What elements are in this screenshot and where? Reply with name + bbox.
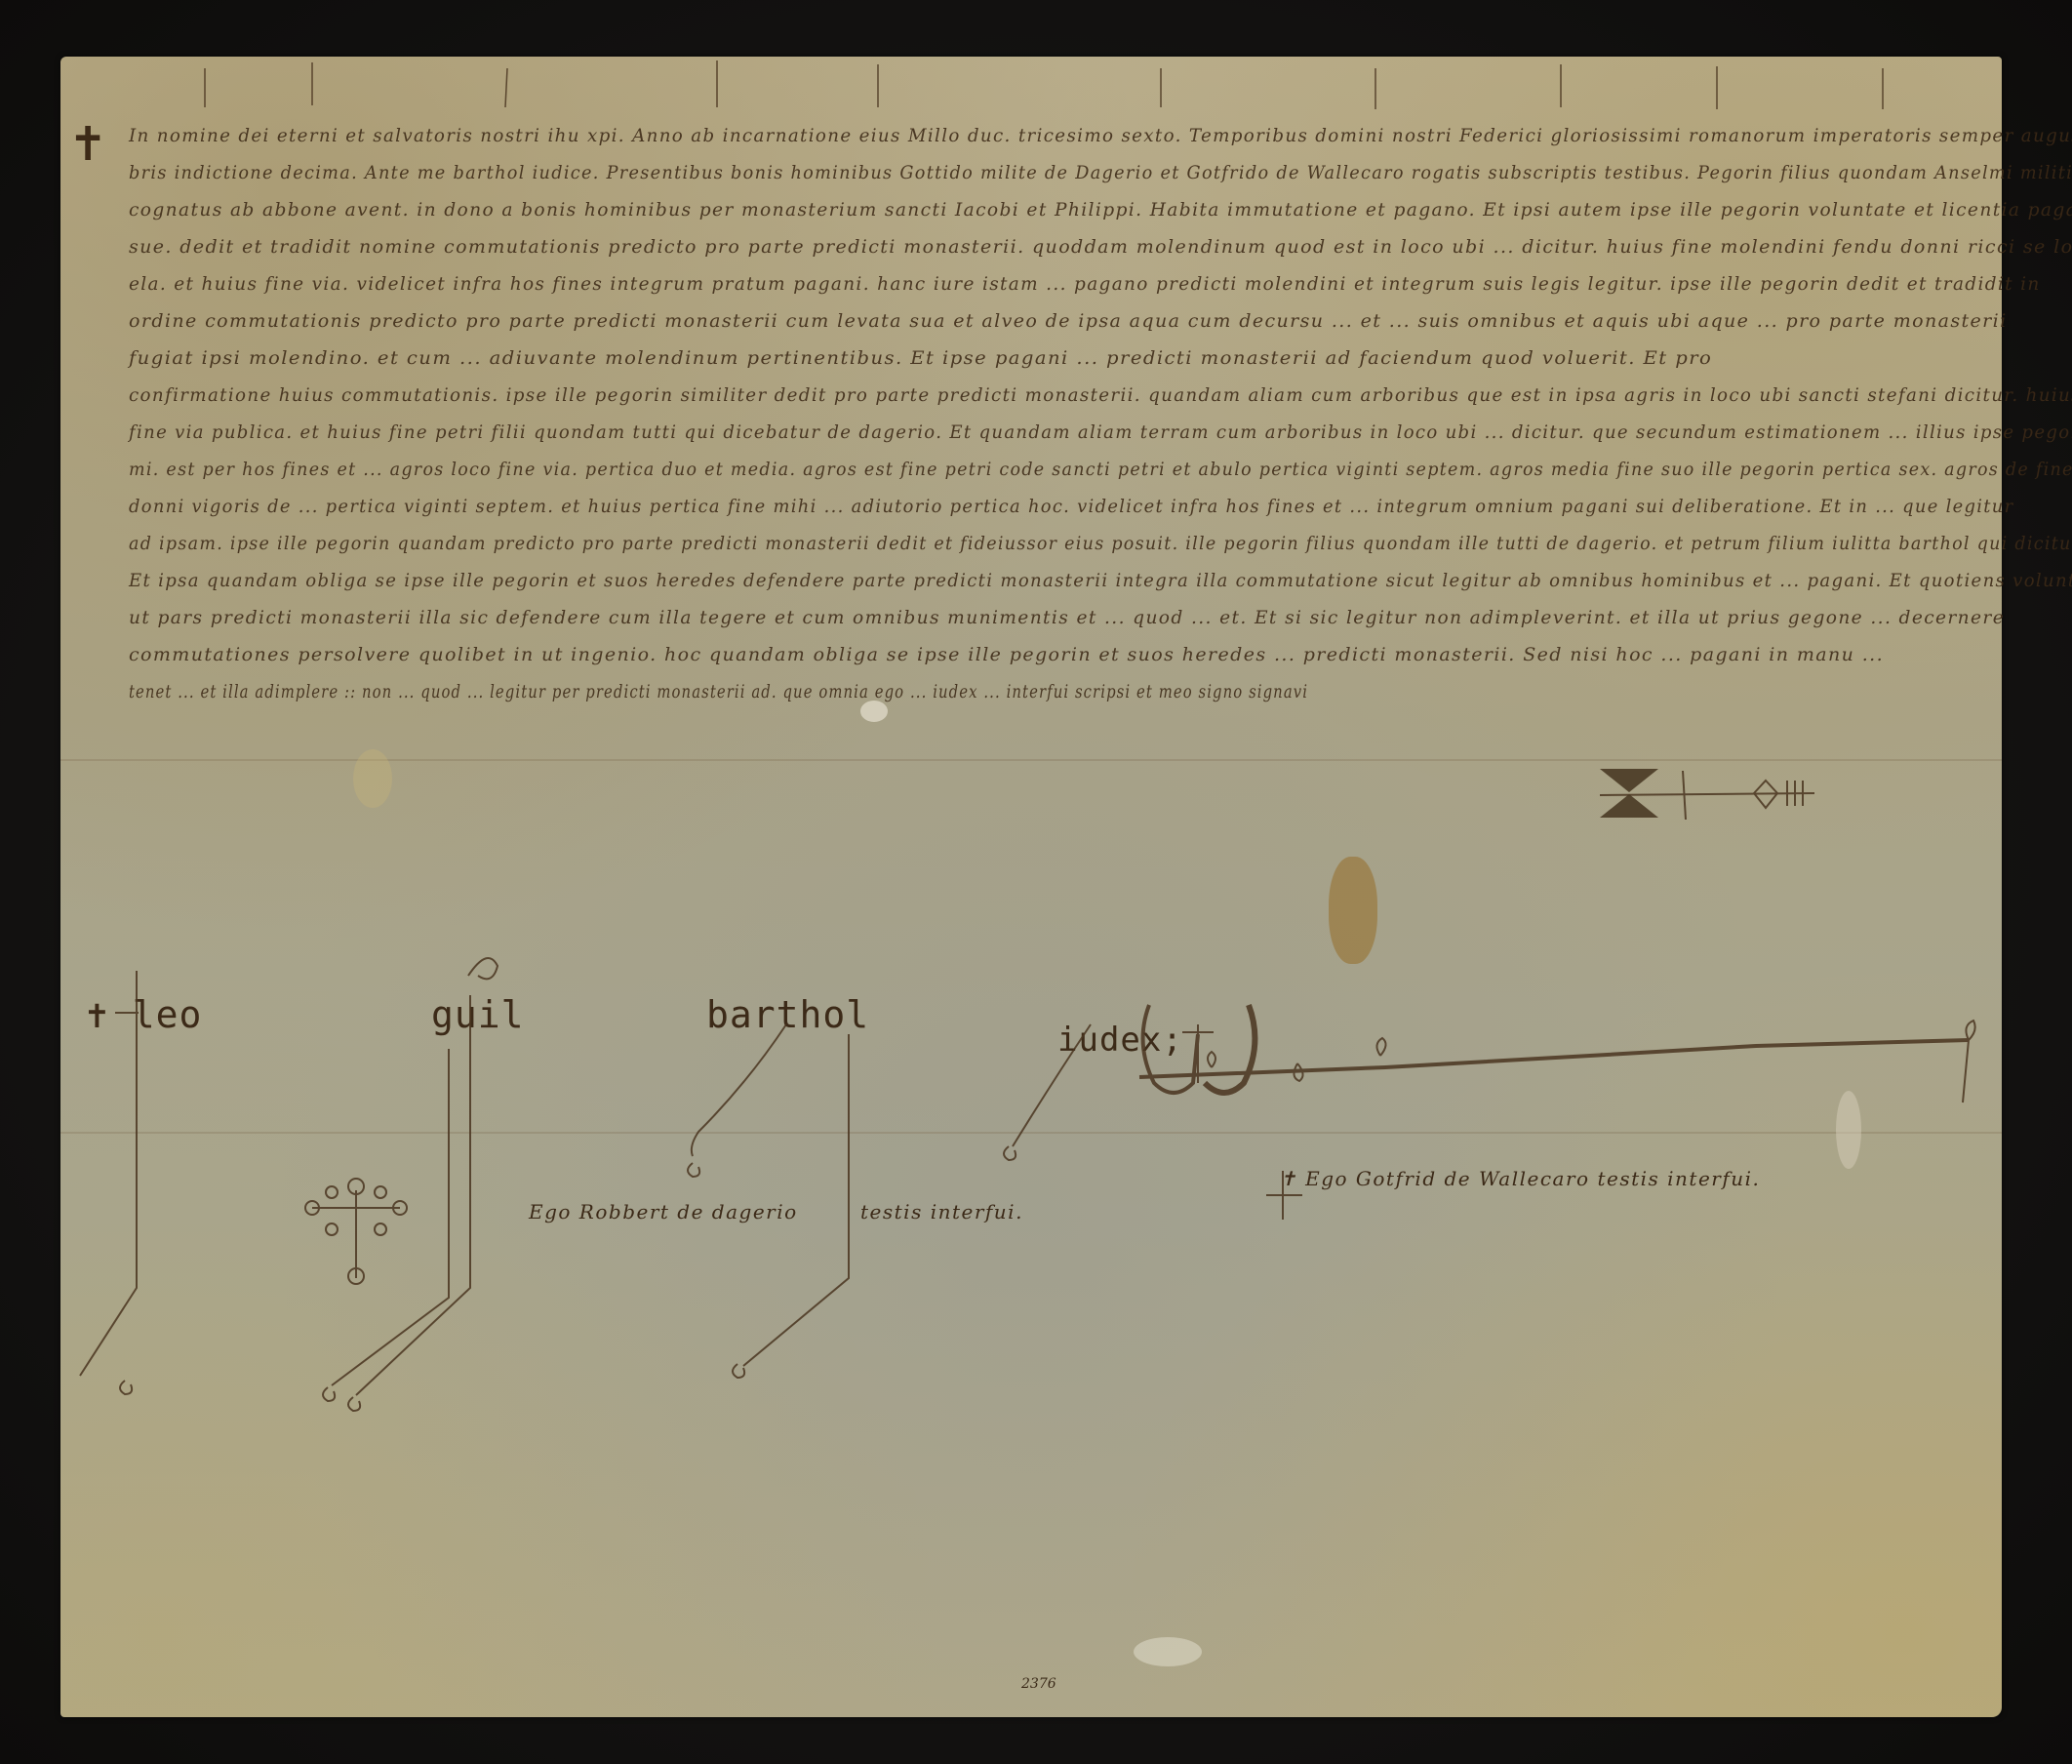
parchment-sheet: ✝ In nomine dei eterni et salvatoris nos…	[60, 57, 2002, 1717]
text-line: tenet ... et illa adimplere :: non ... q…	[129, 681, 1308, 702]
signature-iudex-text: iudex;	[1057, 1021, 1183, 1060]
text-line: sue. dedit et tradidit nomine commutatio…	[129, 236, 2072, 258]
text-line: mi. est per hos fines et ... agros loco …	[129, 459, 2072, 480]
signature-leo-text: ✝ leo	[86, 993, 202, 1036]
signature-leo: ✝ leo	[86, 993, 202, 1036]
text-line: cognatus ab abbone avent. in dono a boni…	[129, 199, 2072, 220]
witness-robbert-testis: testis interfui.	[860, 1200, 1023, 1223]
text-line: ad ipsam. ipse ille pegorin quandam pred…	[129, 533, 2072, 554]
text-line: ut pars predicti monasterii illa sic def…	[129, 607, 2005, 628]
fold-line	[60, 759, 2002, 761]
text-line: confirmatione huius commutationis. ipse …	[129, 384, 2072, 406]
witness-robbert: Ego Robbert de dagerio	[529, 1200, 798, 1223]
fold-line	[60, 1132, 2002, 1134]
text-line: fine via publica. et huius fine petri fi…	[129, 421, 2072, 443]
text-line: ordine commutationis predicto pro parte …	[129, 310, 2008, 332]
witness-gotfrid: ✝ Ego Gotfrid de Wallecaro testis interf…	[1280, 1167, 1760, 1190]
signature-barthol-text: barthol	[706, 993, 869, 1036]
text-line: ela. et huius fine via. videlicet infra …	[129, 273, 2041, 295]
stain	[1329, 857, 1377, 964]
wear-spot	[1134, 1637, 1202, 1666]
wear-spot	[1836, 1091, 1861, 1169]
text-line: In nomine dei eterni et salvatoris nostr…	[129, 125, 2072, 146]
signature-iudex: iudex;	[1057, 1021, 1183, 1060]
text-line: donni vigoris de ... pertica viginti sep…	[129, 496, 2013, 517]
text-line: commutationes persolvere quolibet in ut …	[129, 644, 1884, 665]
signature-guil: guil	[431, 993, 525, 1036]
text-line: fugiat ipsi molendino. et cum ... adiuva…	[129, 347, 1712, 369]
text-line: Et ipsa quandam obliga se ipse ille pego…	[129, 570, 2072, 591]
wear-spot	[860, 701, 888, 722]
text-line: bris indictione decima. Ante me barthol …	[129, 162, 2072, 183]
initial-letter: ✝	[68, 117, 107, 172]
signature-barthol: barthol	[706, 993, 869, 1036]
archive-mark: 2376	[1021, 1676, 1056, 1692]
stain	[353, 749, 392, 808]
signature-guil-text: guil	[431, 993, 525, 1036]
